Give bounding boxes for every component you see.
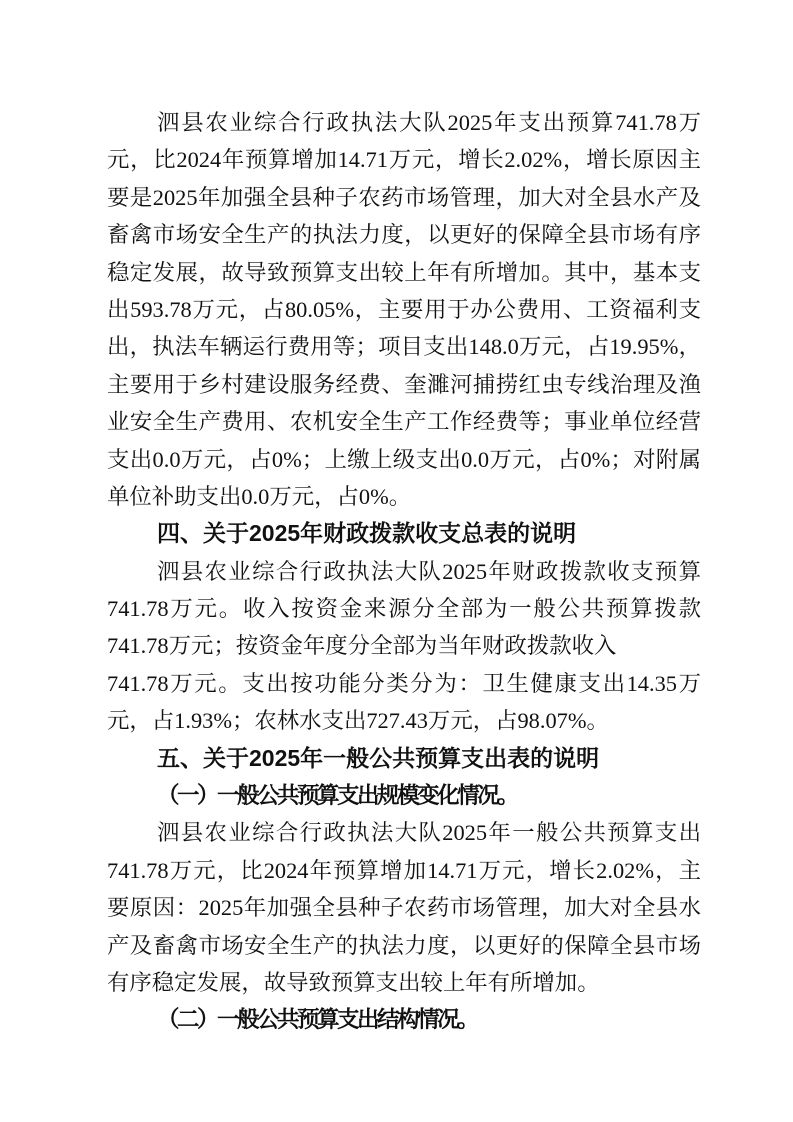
body-line: 出593.78万元，占80.05%，主要用于办公费用、工资福利支	[107, 291, 701, 328]
body-line: 要原因：2025年加强全县种子农药市场管理，加大对全县水	[107, 889, 701, 926]
body-line: 741.78万元。收入按资金来源分全部为一般公共预算拨款	[107, 590, 701, 627]
body-line: 元，占1.93%；农林水支出727.43万元，占98.07%。	[107, 702, 701, 739]
body-line: 741.78万元。支出按功能分类分为：卫生健康支出14.35万	[107, 665, 701, 702]
body-line: 单位补助支出0.0万元，占0%。	[107, 478, 701, 515]
body-line: 741.78万元；按资金年度分全部为当年财政拨款收入	[107, 627, 701, 664]
body-line: 支出0.0万元，占0%；上缴上级支出0.0万元，占0%；对附属	[107, 441, 701, 478]
body-line: 稳定发展，故导致预算支出较上年有所增加。其中，基本支	[107, 254, 701, 291]
body-line: 畜禽市场安全生产的执法力度，以更好的保障全县市场有序	[107, 216, 701, 253]
subsection-2-heading: （二）一般公共预算支出结构情况。	[107, 1001, 701, 1038]
section-5-heading: 五、关于2025年一般公共预算支出表的说明	[107, 740, 701, 777]
body-line: 泗县农业综合行政执法大队2025年支出预算741.78万	[107, 104, 701, 141]
body-line: 要是2025年加强全县种子农药市场管理，加大对全县水产及	[107, 179, 701, 216]
body-line: 主要用于乡村建设服务经费、奎濉河捕捞红虫专线治理及渔	[107, 366, 701, 403]
body-line: 泗县农业综合行政执法大队2025年财政拨款收支预算	[107, 553, 701, 590]
body-line: 出，执法车辆运行费用等；项目支出148.0万元，占19.95%，	[107, 328, 701, 365]
document-page: 泗县农业综合行政执法大队2025年支出预算741.78万元，比2024年预算增加…	[0, 0, 793, 1122]
section-4-heading: 四、关于2025年财政拨款收支总表的说明	[107, 515, 701, 552]
body-line: 泗县农业综合行政执法大队2025年一般公共预算支出	[107, 814, 701, 851]
body-line: 业安全生产费用、农机安全生产工作经费等；事业单位经营	[107, 403, 701, 440]
document-lines: 泗县农业综合行政执法大队2025年支出预算741.78万元，比2024年预算增加…	[107, 104, 701, 1039]
body-line: 741.78万元，比2024年预算增加14.71万元，增长2.02%，主	[107, 852, 701, 889]
body-line: 元，比2024年预算增加14.71万元，增长2.02%，增长原因主	[107, 141, 701, 178]
body-line: 有序稳定发展，故导致预算支出较上年有所增加。	[107, 964, 701, 1001]
body-line: 产及畜禽市场安全生产的执法力度，以更好的保障全县市场	[107, 927, 701, 964]
subsection-1-heading: （一）一般公共预算支出规模变化情况。	[107, 777, 701, 814]
